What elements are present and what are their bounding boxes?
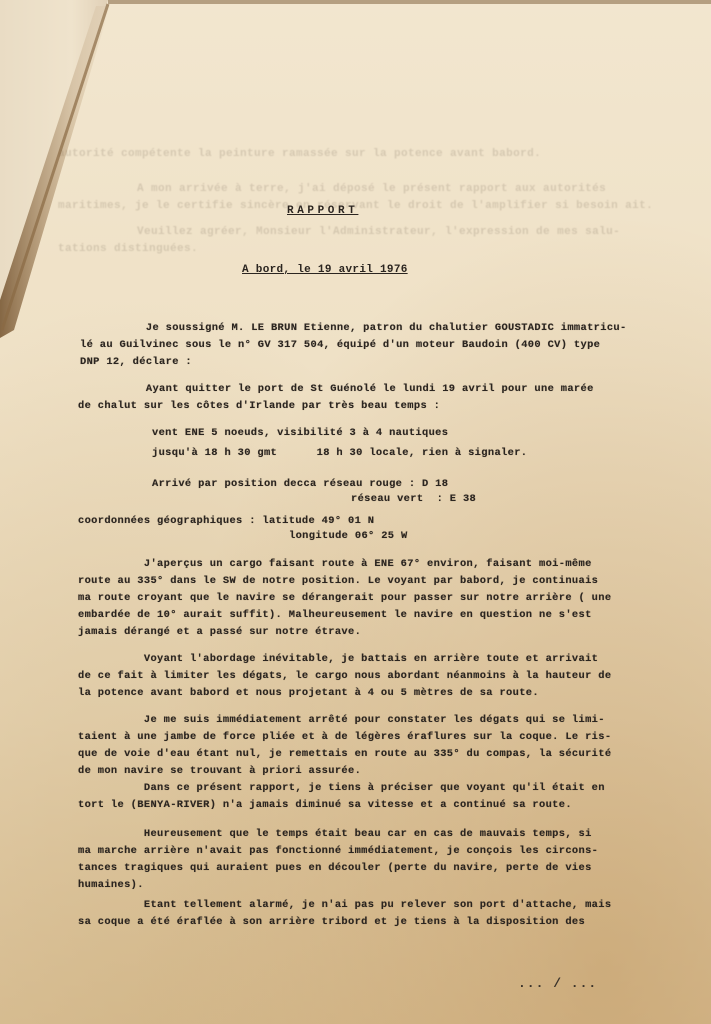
bleed-through-text: A mon arrivée à terre, j'ai déposé le pr… — [137, 183, 606, 195]
paragraph-line: ma marche arrière n'avait pas fonctionné… — [78, 843, 598, 861]
report-dateline: A bord, le 19 avril 1976 — [242, 264, 408, 276]
paragraph-line: Etant tellement alarmé, je n'ai pas pu r… — [78, 897, 611, 915]
paragraph-line: Ayant quitter le port de St Guénolé le l… — [80, 381, 594, 399]
paragraph-line: J'aperçus un cargo faisant route à ENE 6… — [78, 556, 592, 574]
weather-line: vent ENE 5 noeuds, visibilité 3 à 4 naut… — [152, 425, 448, 443]
paragraph-line: jamais dérangé et a passé sur notre étra… — [78, 624, 361, 642]
page-top-edge — [108, 0, 711, 4]
paragraph-line: lé au Guilvinec sous le n° GV 317 504, é… — [80, 337, 600, 355]
paragraph-line: de ce fait à limiter les dégats, le carg… — [78, 668, 611, 686]
paragraph-line: ma route croyant que le navire se dérang… — [78, 590, 611, 608]
bleed-through-text: Veuillez agréer, Monsieur l'Administrate… — [137, 226, 620, 238]
paragraph-line: Dans ce présent rapport, je tiens à préc… — [78, 780, 605, 798]
paragraph-line: embardée de 10° aurait suffit). Malheure… — [78, 607, 592, 625]
paragraph-line: Voyant l'abordage inévitable, je battais… — [78, 651, 598, 669]
paragraph-line: la potence avant babord et nous projetan… — [78, 685, 539, 703]
continuation-mark: ... / ... — [518, 976, 597, 991]
paragraph-line: Je soussigné M. LE BRUN Etienne, patron … — [80, 320, 627, 338]
document-page: autorité compétente la peinture ramassée… — [0, 0, 711, 1024]
paragraph-line: humaines). — [78, 877, 144, 895]
weather-line: jusqu'à 18 h 30 gmt 18 h 30 locale, rien… — [152, 445, 527, 463]
paragraph-line: DNP 12, déclare : — [80, 354, 192, 372]
bleed-through-text: tations distinguées. — [58, 243, 198, 255]
decca-position-line: réseau vert : E 38 — [351, 491, 476, 509]
paragraph-line: sa coque a été éraflée à son arrière tri… — [78, 914, 585, 932]
report-title: RAPPORT — [287, 205, 358, 217]
paragraph-line: Je me suis immédiatement arrêté pour con… — [78, 712, 605, 730]
paragraph-line: tort le (BENYA-RIVER) n'a jamais diminué… — [78, 797, 572, 815]
paragraph-line: route au 335° dans le SW de notre positi… — [78, 573, 598, 591]
paragraph-line: tances tragiques qui auraient pues en dé… — [78, 860, 592, 878]
bleed-through-text: autorité compétente la peinture ramassée… — [58, 148, 541, 160]
paragraph-line: taient à une jambe de force pliée et à d… — [78, 729, 611, 747]
paragraph-line: de chalut sur les côtes d'Irlande par tr… — [78, 398, 440, 416]
coordinates-line: longitude 06° 25 W — [289, 528, 408, 546]
paragraph-line: Heureusement que le temps était beau car… — [78, 826, 592, 844]
paragraph-line: que de voie d'eau étant nul, je remettai… — [78, 746, 611, 764]
paragraph-line: de mon navire se trouvant à priori assur… — [78, 763, 361, 781]
